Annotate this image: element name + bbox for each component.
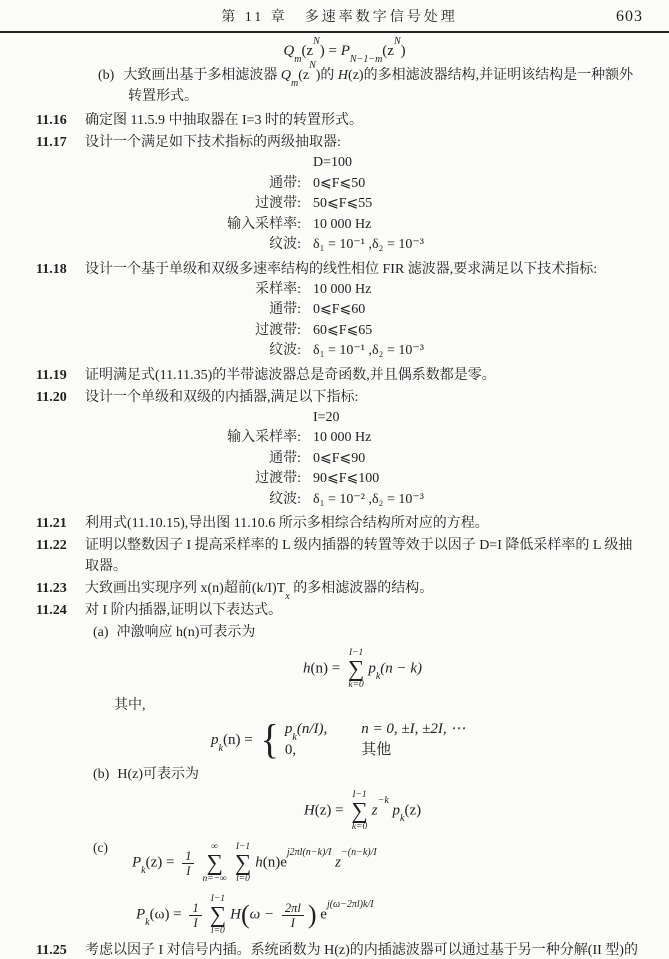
sigma-symbol: ∑ [206, 852, 222, 874]
sum-lower-limit: l=0 [236, 874, 250, 884]
fraction: 1I [182, 849, 194, 878]
fraction: 1I [189, 901, 201, 930]
problem-text: 利用式(11.10.15),导出图 11.10.6 所示多相综合结构所对应的方程… [85, 513, 643, 534]
problem-number: 11.22 [36, 535, 76, 577]
spec-label: 过渡带: [85, 321, 301, 342]
problem-11-17: 11.17 设计一个满足如下技术指标的两级抽取器: D=100 通带:0⩽F⩽5… [36, 132, 643, 258]
math-token: (n) [263, 854, 281, 870]
math-sub: k [400, 813, 404, 824]
math-var: h [255, 854, 263, 870]
item-b-paragraph: (b)大致画出基于多相滤波器 Qm(zN)的 H(z)的多相滤波器结构,并证明该… [98, 65, 643, 107]
spec-label: 通带: [85, 174, 301, 195]
book-page: 第 11 章 多速率数字信号处理 603 Qm(zN) = PN−1−m(zN)… [0, 0, 669, 959]
math-sub: k [292, 732, 296, 743]
math-var: P [136, 906, 145, 922]
spec-table: I=20 输入采样率:10 000 Hz 通带:0⩽F⩽90 过渡带:90⩽F⩽… [85, 408, 643, 511]
spec-value: D=100 [313, 153, 352, 174]
sum-operator: ∞∑n=−∞ [202, 842, 226, 884]
problem-text: 考虑以因子 I 对信号内插。系统函数为 H(z)的内插滤波器可以通过基于另一种分… [85, 940, 643, 959]
math-token: (z) [404, 802, 421, 818]
problem-11-22: 11.22 证明以整数因子 I 提高采样率的 L 级内插器的转置等效于以因子 D… [36, 535, 643, 577]
spec-value: 90⩽F⩽100 [313, 469, 379, 490]
chapter-title: 第 11 章 多速率数字信号处理 [221, 7, 457, 28]
problem-text-2: 的多相滤波器的结构。 [290, 581, 434, 596]
formula-Pk-omega: Pk(ω) = 1II−1∑l=0H(ω − 2πlI) ej(ω−2πl)k/… [136, 894, 643, 936]
math-token: (n) = [310, 660, 343, 676]
sum-lower-limit: k=0 [352, 822, 367, 832]
spec-value: δ₁ = 10⁻² ,δ₂ = 10⁻³ [313, 490, 424, 511]
problem-11-23: 11.23 大致画出实现序列 x(n)超前(k/I)Tx 的多相滤波器的结构。 [36, 578, 643, 599]
math-var: p [389, 802, 400, 818]
math-sub: k [141, 865, 145, 876]
big-right-paren: ) [308, 900, 317, 929]
math-sup: −k [378, 795, 389, 806]
math-token: ) [401, 43, 406, 59]
item-a-text: 冲激响应 h(n)可表示为 [117, 625, 256, 640]
math-token: e [317, 906, 327, 922]
math-token: e [280, 854, 287, 870]
spec-value: 10 000 Hz [313, 280, 371, 301]
math-sub: k [219, 743, 223, 754]
problem-text: 设计一个基于单级和双级多速率结构的线性相位 FIR 滤波器,要求满足以下技术指标… [85, 259, 643, 280]
formula-H-z: H(z) = I−1∑k=0z−k pk(z) [36, 790, 643, 832]
sum-operator: I−1∑l=0 [235, 842, 251, 884]
math-sub: k [376, 671, 380, 682]
spec-row: 过渡带:90⩽F⩽100 [85, 469, 643, 490]
spec-value: 0⩽F⩽60 [313, 300, 365, 321]
case-2-expr: 0, [285, 740, 327, 761]
case-1-condition: n = 0, ±I, ±2I, ⋯ [361, 719, 465, 740]
spec-row: 通带:0⩽F⩽90 [85, 449, 643, 470]
spec-value: δ₁ = 10⁻¹ ,δ₂ = 10⁻³ [313, 341, 424, 362]
math-sup: N [394, 36, 401, 47]
sum-lower-limit: k=0 [348, 680, 363, 690]
problem-11-21: 11.21 利用式(11.10.15),导出图 11.10.6 所示多相综合结构… [36, 513, 643, 534]
case-1-expr: pk(n/I), [285, 719, 327, 740]
spec-value: 50⩽F⩽55 [313, 194, 372, 215]
spec-label: 过渡带: [85, 469, 301, 490]
math-token: (z) = [146, 854, 179, 870]
problem-number: 11.16 [36, 110, 76, 131]
math-var: H [230, 906, 241, 922]
sum-operator: I−1∑l=0 [210, 894, 226, 936]
problem-number: 11.21 [36, 513, 76, 534]
problem-text: 设计一个满足如下技术指标的两级抽取器: [85, 132, 643, 153]
problem-number: 11.19 [36, 365, 76, 386]
math-token: (z) [348, 68, 364, 83]
spec-row: 纹波:δ₁ = 10⁻¹ ,δ₂ = 10⁻³ [85, 235, 643, 256]
problem-number: 11.25 [36, 940, 76, 959]
math-var: H [304, 802, 315, 818]
math-var: Q [283, 43, 294, 59]
spec-value: 60⩽F⩽65 [313, 321, 372, 342]
fraction-denominator: I [288, 916, 298, 930]
math-var: p [368, 660, 376, 676]
fraction-numerator: 2πl [282, 901, 304, 916]
spec-label: 纹波: [85, 235, 301, 256]
sigma-symbol: ∑ [351, 800, 367, 822]
spec-row: D=100 [85, 153, 643, 174]
cases-lhs: pk(n) = [211, 730, 253, 751]
case-2-condition: 其他 [361, 740, 465, 761]
problem-11-19: 11.19 证明满足式(11.11.35)的半带滤波器总是奇函数,并且偶系数都是… [36, 365, 643, 386]
spec-label: 过渡带: [85, 194, 301, 215]
formula-qm: Qm(zN) = PN−1−m(zN) [36, 41, 643, 62]
item-c-block: (c) Pk(z) = 1I∞∑n=−∞I−1∑l=0h(n)ej2πl(n−k… [93, 837, 643, 889]
math-var: P [132, 854, 141, 870]
sigma-symbol: ∑ [348, 658, 364, 680]
fraction: 2πlI [282, 901, 304, 930]
math-var: z [331, 854, 341, 870]
problem-number: 11.17 [36, 132, 76, 258]
inline-math-hz: H(z) [338, 68, 364, 83]
spec-row: 过渡带:60⩽F⩽65 [85, 321, 643, 342]
math-var: z [372, 802, 378, 818]
spec-value: 10 000 Hz [313, 428, 371, 449]
spec-value: I=20 [313, 408, 340, 429]
sum-lower-limit: l=0 [211, 926, 225, 936]
inline-math-qm: Qm(zN) [281, 68, 321, 83]
math-token: (n − k) [380, 660, 422, 676]
problem-text: 确定图 11.5.9 中抽取器在 I=3 时的转置形式。 [85, 110, 643, 131]
spec-row: 采样率:10 000 Hz [85, 280, 643, 301]
math-var: P [341, 43, 350, 59]
problem-number: 11.18 [36, 259, 76, 364]
math-sup: N [313, 36, 320, 47]
problem-number: 11.23 [36, 578, 76, 599]
spec-label [85, 153, 301, 174]
sigma-symbol: ∑ [210, 904, 226, 926]
problem-number: 11.24 [36, 600, 76, 621]
math-sub: N−1−m [350, 54, 382, 65]
header-right: 603 [458, 6, 643, 28]
spec-value: 0⩽F⩽90 [313, 449, 365, 470]
problem-body: 设计一个单级和双级的内插器,满足以下指标: I=20 输入采样率:10 000 … [85, 387, 643, 513]
spec-row: I=20 [85, 408, 643, 429]
problem-11-16: 11.16 确定图 11.5.9 中抽取器在 I=3 时的转置形式。 [36, 110, 643, 131]
formula-h-n: h(n) = I−1∑k=0pk(n − k) [36, 648, 643, 690]
spec-row: 输入采样率:10 000 Hz [85, 428, 643, 449]
fraction-denominator: I [183, 864, 193, 878]
math-token: ω − [250, 906, 278, 922]
problem-text: 大致画出实现序列 x(n)超前(k/I)Tx 的多相滤波器的结构。 [85, 578, 643, 599]
problem-text: 对 I 阶内插器,证明以下表达式。 [85, 600, 643, 621]
item-b-line: (b)H(z)可表示为 [93, 764, 643, 785]
where-text: 其中, [114, 695, 643, 716]
cases-grid: pk(n/I),n = 0, ±I, ±2I, ⋯0,其他 [285, 719, 465, 761]
spec-row: 通带:0⩽F⩽60 [85, 300, 643, 321]
spec-label: 通带: [85, 449, 301, 470]
page-header: 第 11 章 多速率数字信号处理 603 [36, 6, 643, 28]
problem-text: 设计一个单级和双级的内插器,满足以下指标: [85, 387, 643, 408]
spec-label: 通带: [85, 300, 301, 321]
math-sup: −(n−k)/I [341, 847, 377, 858]
math-token: (z [298, 68, 309, 83]
sum-lower-limit: n=−∞ [202, 874, 226, 884]
spec-label: 纹波: [85, 490, 301, 511]
item-a-line: (a)冲激响应 h(n)可表示为 [93, 622, 643, 643]
spec-label: 采样率: [85, 280, 301, 301]
math-sub: m [291, 78, 298, 89]
page-number: 603 [616, 8, 643, 25]
math-token: (n/I), [297, 721, 327, 737]
item-b-text-1: 大致画出基于多相滤波器 [123, 68, 281, 83]
formula-pk-cases: pk(n) = {pk(n/I),n = 0, ±I, ±2I, ⋯0,其他 [211, 719, 643, 761]
spec-row: 通带:0⩽F⩽50 [85, 174, 643, 195]
spec-row: 纹波:δ₁ = 10⁻¹ ,δ₂ = 10⁻³ [85, 341, 643, 362]
math-sup: j2πl(n−k)/I [287, 847, 332, 858]
spec-table: D=100 通带:0⩽F⩽50 过渡带:50⩽F⩽55 输入采样率:10 000… [85, 153, 643, 256]
spec-row: 输入采样率:10 000 Hz [85, 215, 643, 236]
problem-11-20: 11.20 设计一个单级和双级的内插器,满足以下指标: I=20 输入采样率:1… [36, 387, 643, 513]
math-var: p [211, 732, 219, 748]
fraction-numerator: 1 [189, 901, 201, 916]
math-var: Q [281, 68, 291, 83]
problem-11-25: 11.25 考虑以因子 I 对信号内插。系统函数为 H(z)的内插滤波器可以通过… [36, 940, 643, 959]
spec-label: 输入采样率: [85, 428, 301, 449]
spec-row: 过渡带:50⩽F⩽55 [85, 194, 643, 215]
spec-label: 输入采样率: [85, 215, 301, 236]
sum-operator: I−1∑k=0 [348, 648, 364, 690]
spec-value: 10 000 Hz [313, 215, 371, 236]
fraction-numerator: 1 [182, 849, 194, 864]
math-token: (z [382, 43, 394, 59]
problem-body: 设计一个满足如下技术指标的两级抽取器: D=100 通带:0⩽F⩽50 过渡带:… [85, 132, 643, 258]
math-token: (z) = [315, 802, 348, 818]
big-left-paren: ( [241, 900, 250, 929]
item-b-text-2: 的 [320, 68, 338, 83]
problem-number: 11.20 [36, 387, 76, 513]
math-sup: N [309, 60, 316, 71]
item-c-label: (c) [93, 837, 108, 858]
problem-text-1: 大致画出实现序列 x(n)超前(k/I)T [85, 581, 285, 596]
problem-text: 证明以整数因子 I 提高采样率的 L 级内插器的转置等效于以因子 D=I 降低采… [85, 535, 643, 577]
spec-value: 0⩽F⩽50 [313, 174, 365, 195]
math-sub: x [285, 591, 289, 602]
sigma-symbol: ∑ [235, 852, 251, 874]
math-sub: k [145, 917, 149, 928]
problem-11-18: 11.18 设计一个基于单级和双级多速率结构的线性相位 FIR 滤波器,要求满足… [36, 259, 643, 364]
spec-row: 纹波:δ₁ = 10⁻² ,δ₂ = 10⁻³ [85, 490, 643, 511]
item-a-label: (a) [93, 625, 109, 640]
item-b-text: H(z)可表示为 [117, 767, 199, 782]
math-token: = [325, 43, 341, 59]
header-rule [0, 31, 669, 33]
item-b-label: (b) [98, 68, 114, 83]
fraction-denominator: I [190, 916, 200, 930]
math-token: (ω) = [150, 906, 186, 922]
formula-Pk-z: Pk(z) = 1I∞∑n=−∞I−1∑l=0h(n)ej2πl(n−k)/I … [132, 842, 377, 884]
math-sup: j(ω−2πl)k/I [327, 899, 374, 910]
math-token: (z [301, 43, 313, 59]
problem-body: 设计一个基于单级和双级多速率结构的线性相位 FIR 滤波器,要求满足以下技术指标… [85, 259, 643, 364]
sum-operator: I−1∑k=0 [351, 790, 367, 832]
math-sub: m [294, 54, 301, 65]
item-b-label: (b) [93, 767, 109, 782]
spec-value: δ₁ = 10⁻¹ ,δ₂ = 10⁻³ [313, 235, 424, 256]
spec-label [85, 408, 301, 429]
spec-label: 纹波: [85, 341, 301, 362]
math-token: (n) = [223, 732, 253, 748]
math-var: H [338, 68, 348, 83]
cases-brace: { [261, 719, 279, 760]
problem-text: 证明满足式(11.11.35)的半带滤波器总是奇函数,并且偶系数都是零。 [85, 365, 643, 386]
spec-table: 采样率:10 000 Hz 通带:0⩽F⩽60 过渡带:60⩽F⩽65 纹波:δ… [85, 280, 643, 362]
problem-11-24: 11.24 对 I 阶内插器,证明以下表达式。 [36, 600, 643, 621]
